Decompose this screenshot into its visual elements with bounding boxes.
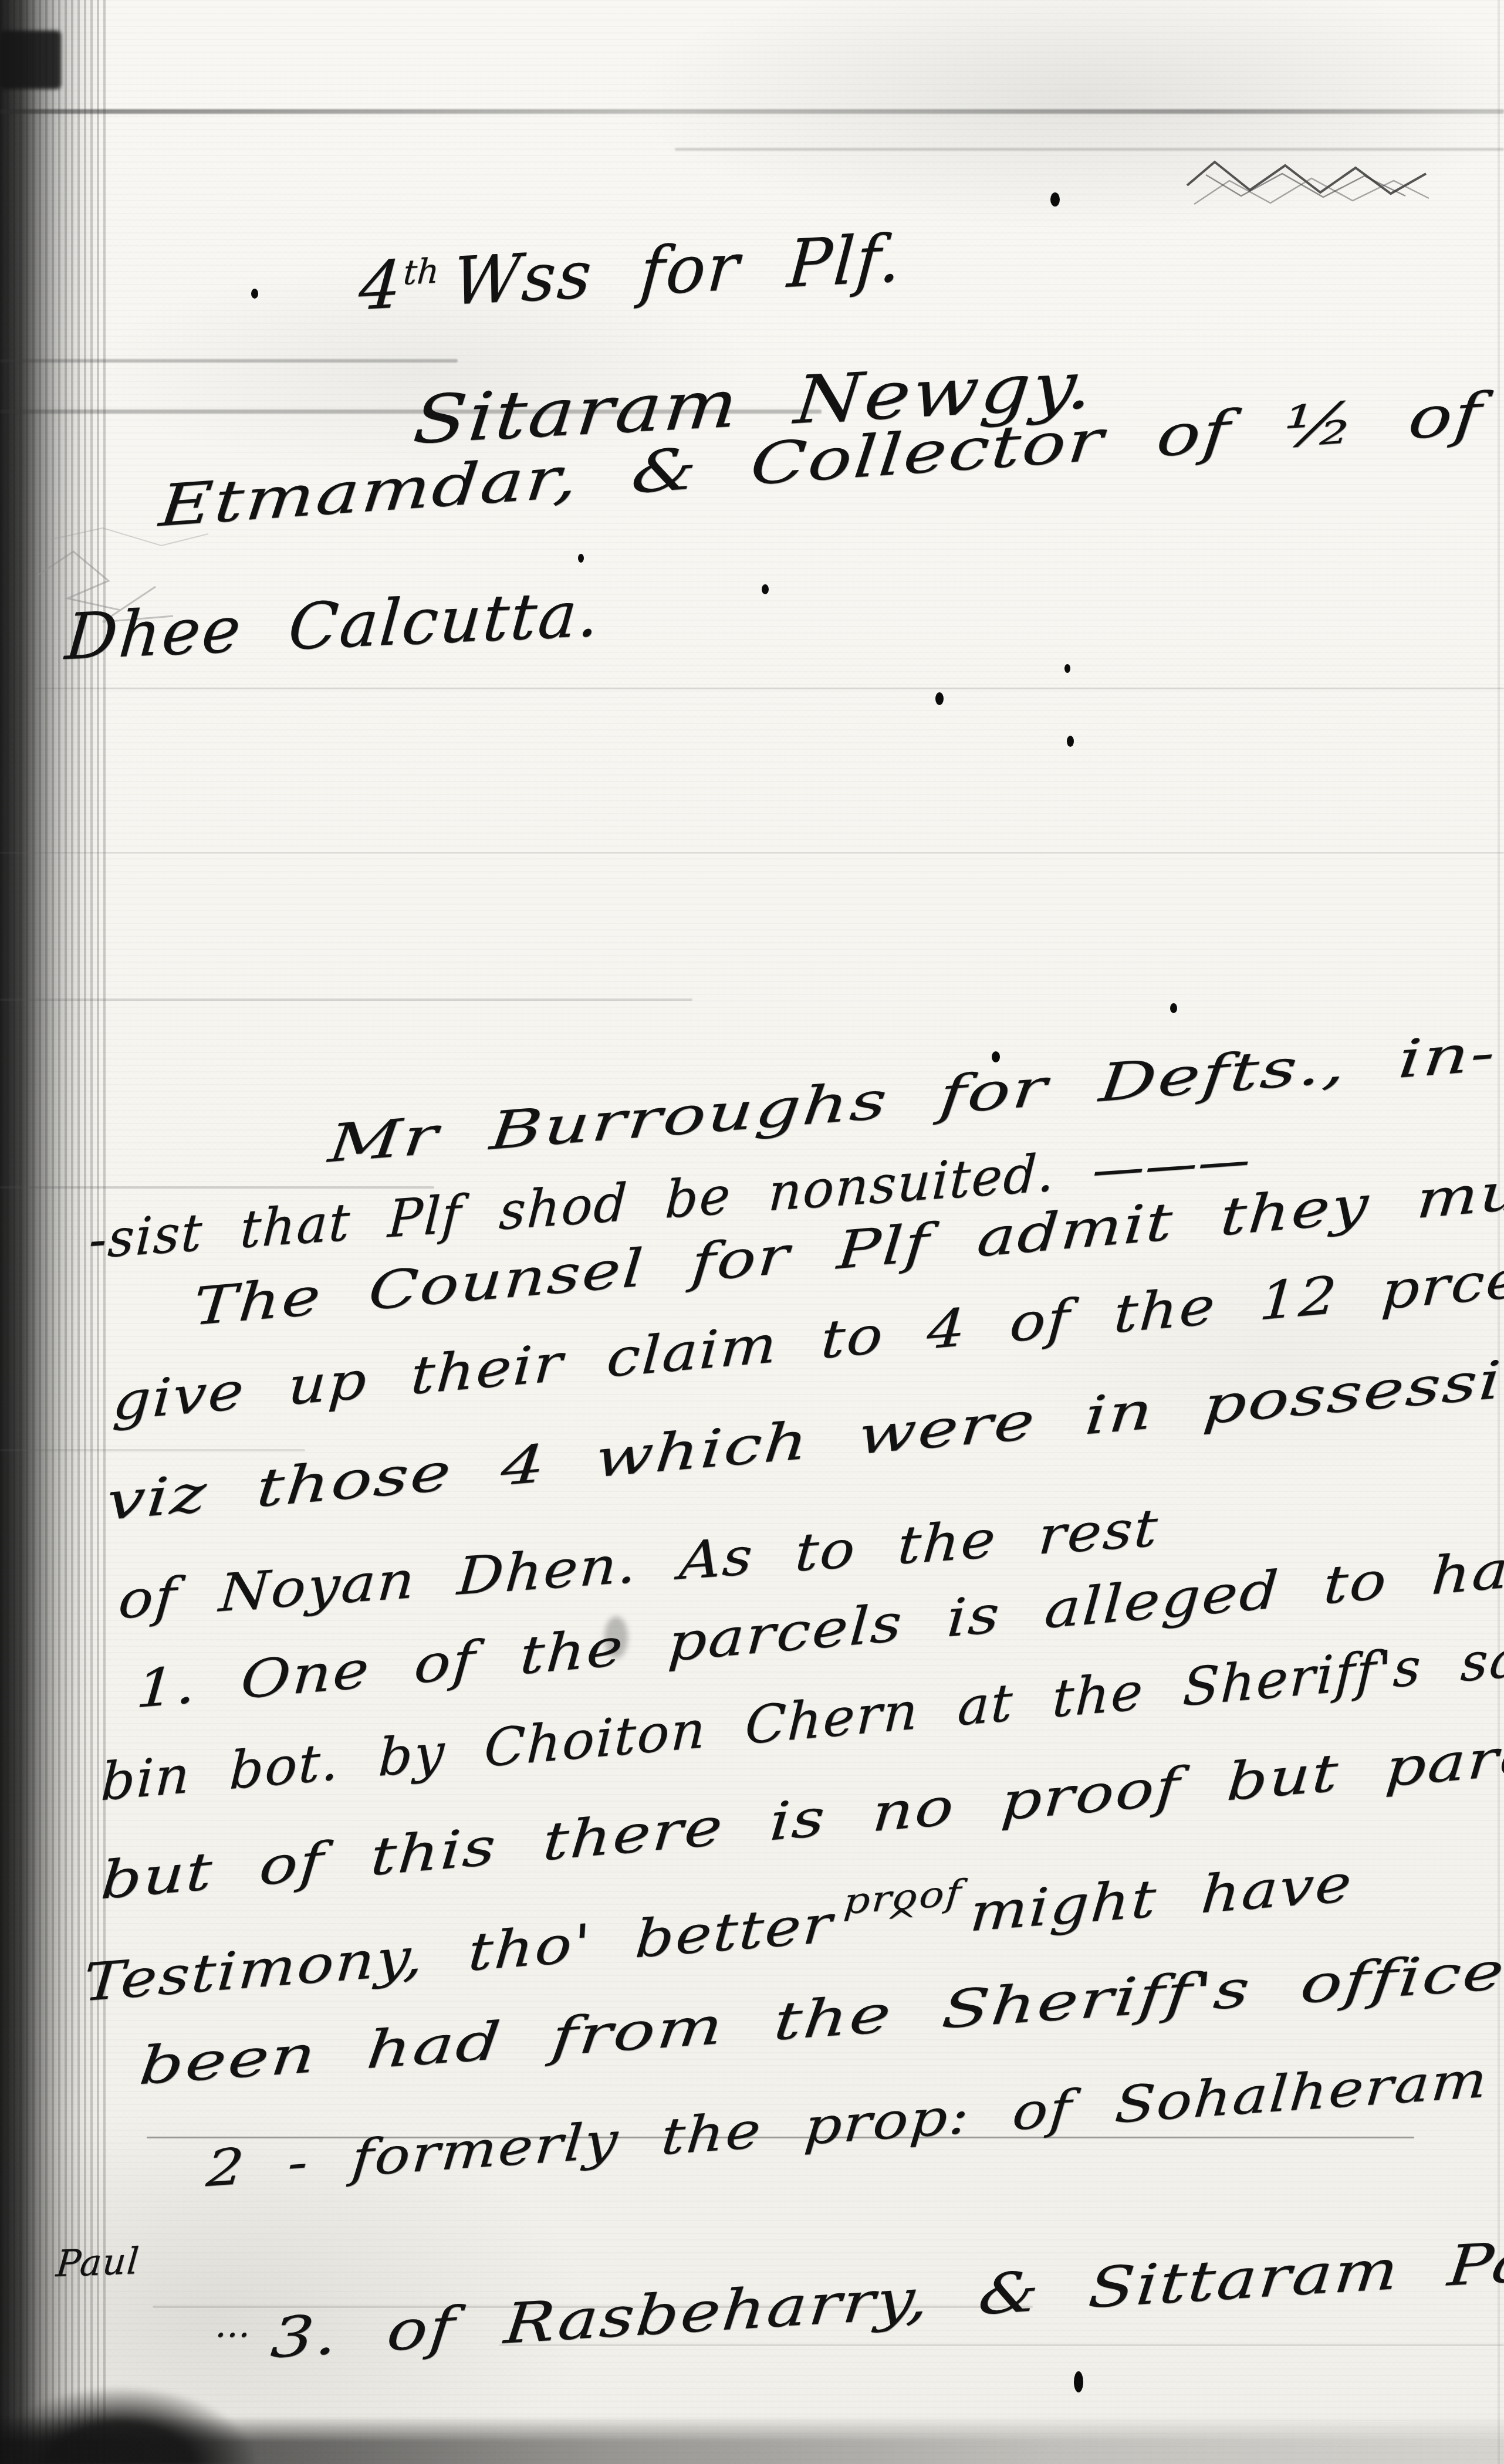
- heading-witness-line: 4th Wss for Plf.: [357, 221, 904, 326]
- ink-speck: [1050, 192, 1060, 207]
- grime-line: [0, 1186, 434, 1189]
- margin-note: Paul: [56, 2239, 140, 2286]
- ink-speck: [935, 692, 944, 705]
- grime-line: [0, 852, 1504, 854]
- interlinear-insertion: proof^: [841, 1880, 963, 1940]
- top-left-dark-patch: [0, 31, 61, 89]
- grime-line: [0, 1449, 305, 1451]
- caret-mark: ^: [884, 1908, 918, 1935]
- grime-line: [35, 688, 1504, 689]
- item3-line: 3. of Rasbeharry, & Sittaram Payne.: [269, 2221, 1504, 2371]
- ink-speck: [1074, 2371, 1083, 2392]
- right-page-edge: [1498, 0, 1500, 2464]
- ink-speck: [578, 554, 584, 563]
- witness-label: Wss for Plf.: [450, 220, 905, 320]
- line10-after: might have: [968, 1852, 1355, 1943]
- ink-speck: [1064, 664, 1070, 673]
- witness-number-suffix: th: [402, 251, 441, 293]
- ink-speck: [762, 584, 769, 594]
- ink-speck: [251, 289, 258, 299]
- witness-number: 4: [356, 246, 405, 326]
- grime-line: [0, 999, 692, 1001]
- grime-line: [0, 359, 458, 363]
- bottom-edge-grime-band: [0, 2416, 1504, 2464]
- grime-line: [0, 109, 1504, 114]
- ink-speck: [1067, 736, 1074, 747]
- ink-speck: [1170, 1003, 1177, 1013]
- item3-ditto-marks: …: [216, 2304, 252, 2345]
- manuscript-page: 4th Wss for Plf. Sitaram Newgy. Etmamdar…: [0, 0, 1504, 2464]
- scribble-marks: [1182, 140, 1435, 239]
